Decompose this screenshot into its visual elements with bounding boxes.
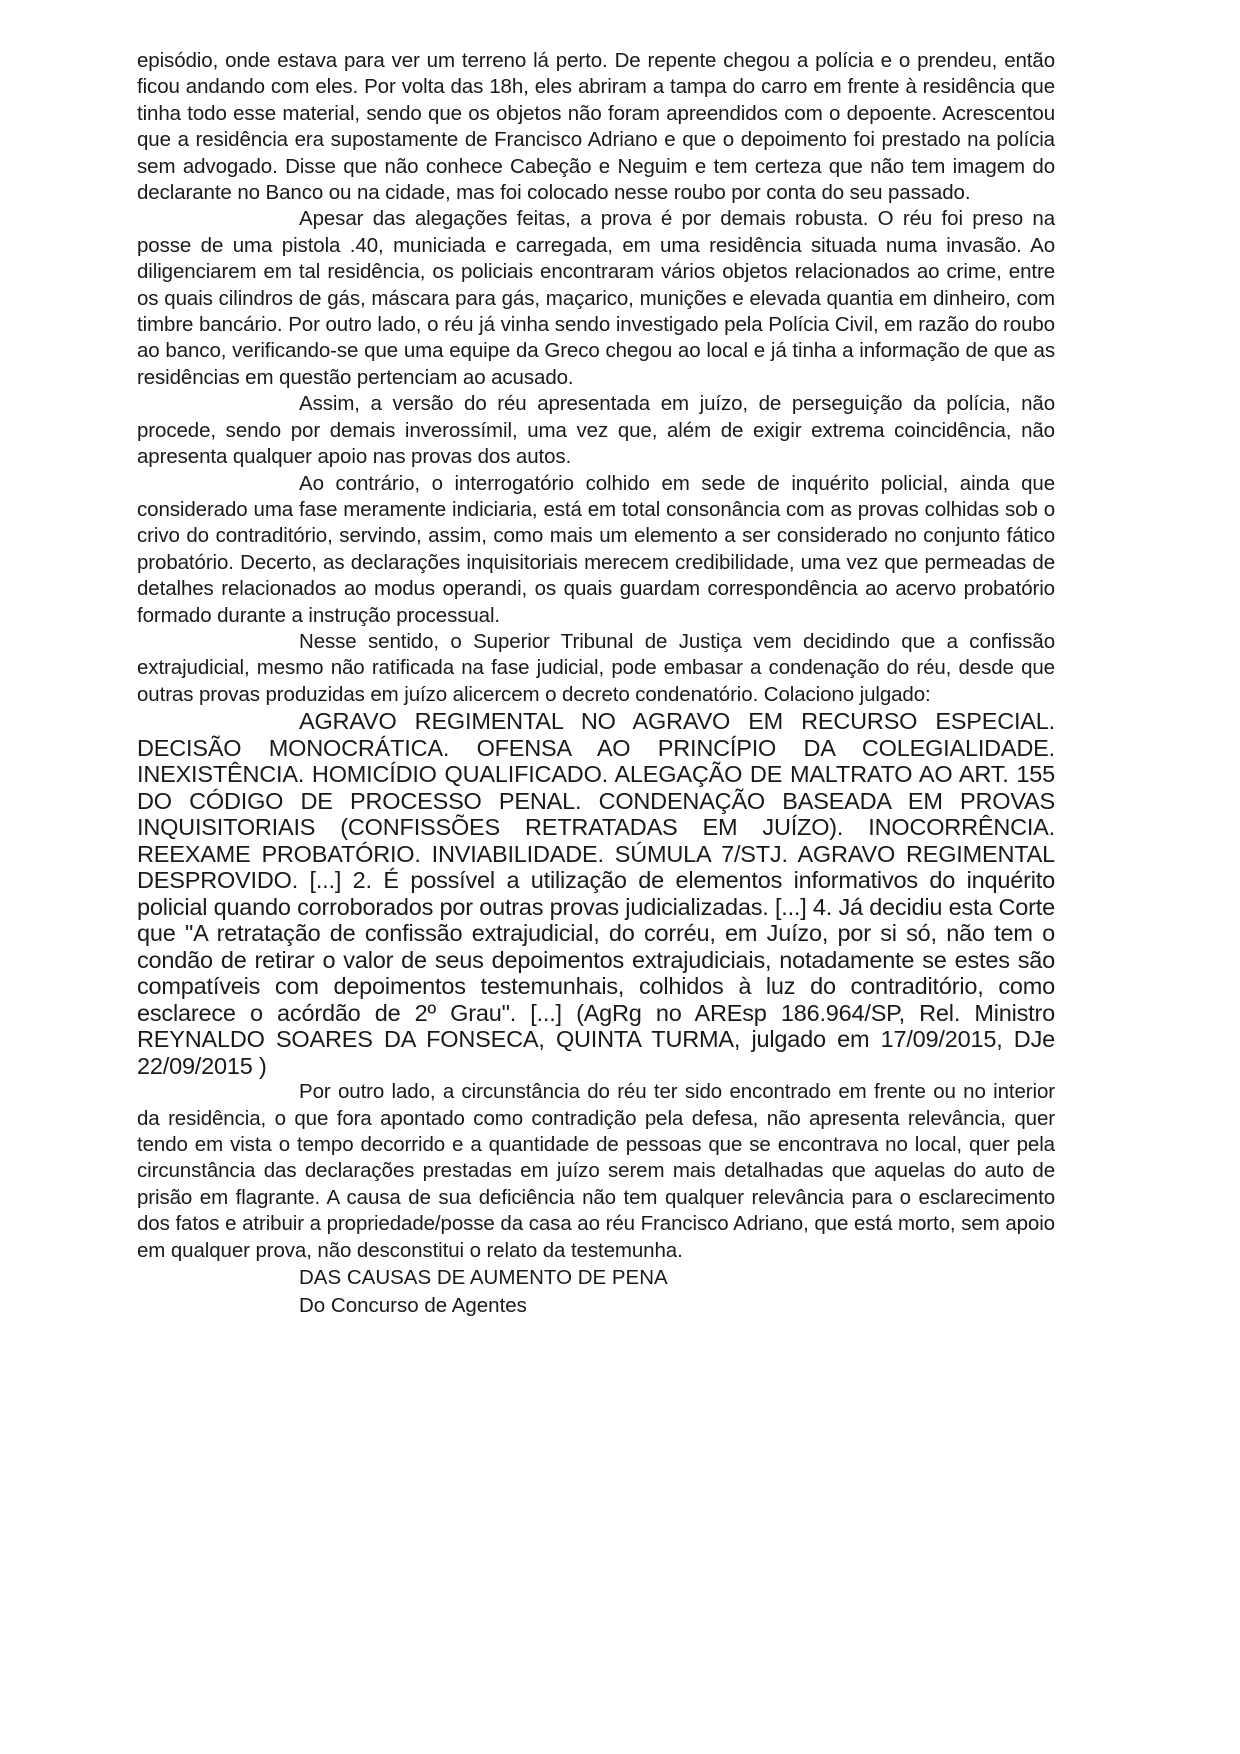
paragraph-stj-precedent: Nesse sentido, o Superior Tribunal de Ju… [137,629,1055,708]
paragraph-testimony-summary: episódio, onde estava para ver um terren… [137,48,1055,206]
section-heading-penalty-increase: DAS CAUSAS DE AUMENTO DE PENA [137,1264,1055,1292]
paragraph-defendant-version: Assim, a versão do réu apresentada em ju… [137,391,1055,470]
paragraph-contradiction: Por outro lado, a circunstância do réu t… [137,1079,1055,1264]
quoted-judgment: AGRAVO REGIMENTAL NO AGRAVO EM RECURSO E… [137,708,1055,1079]
paragraph-evidence: Apesar das alegações feitas, a prova é p… [137,206,1055,391]
subsection-heading-concurso-agentes: Do Concurso de Agentes [137,1292,1055,1320]
document-page: episódio, onde estava para ver um terren… [137,48,1055,1320]
paragraph-interrogation: Ao contrário, o interrogatório colhido e… [137,471,1055,629]
